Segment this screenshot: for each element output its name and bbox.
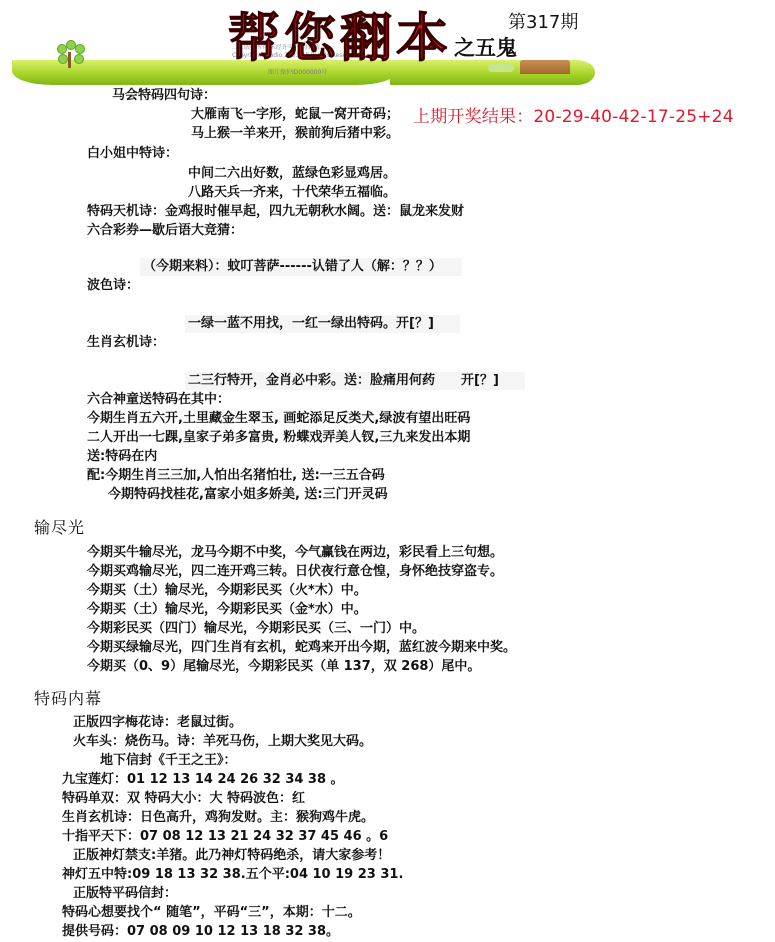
- lose-line-6: 今期买绿输尽光，四门生肖有玄机，蛇鸡来开出今期，蓝红波今期来中奖。: [87, 639, 516, 657]
- page-title: 帮您翻本 之五鬼: [228, 4, 517, 70]
- bai-line-2: 八路天兵一齐来，十代荣华五福临。: [188, 184, 396, 202]
- section-heading-lose: 输尽光: [34, 515, 85, 538]
- header-banner: ……版权所有 未经许可 不得转载…… Copyright Studio 2003…: [0, 0, 775, 86]
- shentong-line-4: 配:今期生肖三三加,人怕出名猪怕壮, 送:一三五合码: [87, 467, 385, 485]
- bose-title: 波色诗：: [87, 277, 139, 295]
- shengxiao-title: 生肖玄机诗：: [87, 334, 165, 352]
- shentong-line-2: 二人开出一七踝,皇家子弟多富贵, 粉蝶戏弄美人钗,三九来发出本期: [87, 429, 470, 447]
- inside-line-7: 十指平天下：07 08 12 13 21 24 32 37 45 46 。6: [62, 828, 388, 846]
- lose-line-7: 今期买（0、9）尾输尽光，今期彩民买（单 137，双 268）尾中。: [87, 658, 480, 676]
- mahui-title: 马会特码四句诗：: [112, 87, 216, 105]
- last-result-numbers: 20-29-40-42-17-25+24: [533, 107, 733, 127]
- inside-line-4: 九宝莲灯：01 12 13 14 24 26 32 34 38 。: [62, 771, 344, 789]
- shentong-line-1: 今期生肖五六开,土里藏金生翠玉, 画蛇添足反类犬,绿波有望出旺码: [87, 410, 470, 428]
- inside-line-2: 火车头：烧伤马。诗：羊死马伤，上期大奖见大码。: [73, 733, 372, 751]
- bose-line: 一绿一蓝不用找，一红一绿出特码。开[？]: [188, 315, 434, 333]
- inside-line-8: 正版神灯禁支:羊猪。此乃神灯特码绝杀，请大家参考！: [73, 847, 390, 865]
- title-main: 帮您翻本: [228, 8, 452, 70]
- lose-line-1: 今期买牛输尽光，龙马今期不中奖，今气赢钱在两边，彩民看上三句想。: [87, 544, 503, 562]
- inside-line-12: 提供号码：07 08 09 10 12 13 18 32 38。: [62, 923, 339, 941]
- inside-line-10: 正版特平码信封：: [73, 885, 177, 903]
- xiehouyu-line: （今期来料）：蚊叮菩萨------认错了人（解：？？）: [143, 258, 442, 276]
- bai-title: 白小姐中特诗：: [87, 145, 178, 163]
- mahui-line-1: 大雁南飞一字形，蛇鼠一窝开奇码；: [191, 106, 399, 124]
- shentong-title: 六合神童送特码在其中：: [87, 391, 230, 409]
- inside-line-11: 特码心想要找个“ 随笔”，平码“三”，本期：十二。: [62, 904, 361, 922]
- last-result-label: 上期开奖结果：: [413, 107, 533, 127]
- lose-line-5: 今期彩民买（四门）输尽光，今期彩民买（三、一门）中。: [87, 620, 425, 638]
- shengxiao-line: 二三行特开，金肖必中彩。送：脸痛用何药 开[？]: [188, 372, 499, 390]
- lose-line-2: 今期买鸡输尽光，四二连开鸡三转。日伏夜行意仓惶，身怀绝技穿盗专。: [87, 563, 503, 581]
- house-icon: [520, 60, 570, 74]
- title-sub: 之五鬼: [454, 32, 517, 62]
- lose-line-4: 今期买（土）输尽光，今期彩民买（金*水）中。: [87, 601, 367, 619]
- tree-icon: [55, 40, 85, 70]
- last-result: 上期开奖结果：20-29-40-42-17-25+24: [413, 102, 734, 127]
- section-heading-inside: 特码内幕: [34, 686, 102, 709]
- tianji-poem: 特码天机诗：金鸡报时催早起，四九无朝秋水阔。送：鼠龙来发财: [87, 203, 464, 221]
- mahui-line-2: 马上猴一羊来开，猴前狗后猪中彩。: [191, 125, 399, 143]
- inside-line-1: 正版四字梅花诗：老鼠过街。: [73, 714, 242, 732]
- bai-line-1: 中间二六出好数，蓝绿色彩显鸡居。: [188, 165, 396, 183]
- issue-number: 第317期: [508, 8, 578, 34]
- inside-line-6: 生肖玄机诗：日色高升，鸡狗发财。主：猴狗鸡牛虎。: [62, 809, 374, 827]
- inside-line-5: 特码单双：双 特码大小：大 特码波色：红: [62, 790, 305, 808]
- lose-line-3: 今期买（土）输尽光，今期彩民买（火*木）中。: [87, 582, 367, 600]
- inside-line-3: 地下信封《千王之王》：: [100, 752, 237, 770]
- xiehouyu-title: 六合彩券—歇后语大竞猜：: [87, 222, 243, 240]
- inside-line-9: 神灯五中特:09 18 13 32 38.五个平:04 10 19 23 31.: [62, 866, 403, 884]
- shentong-line-5: 今期特码找桂花,富家小姐多娇美, 送:三门开灵码: [108, 486, 388, 504]
- shentong-line-3: 送:特码在内: [87, 448, 157, 466]
